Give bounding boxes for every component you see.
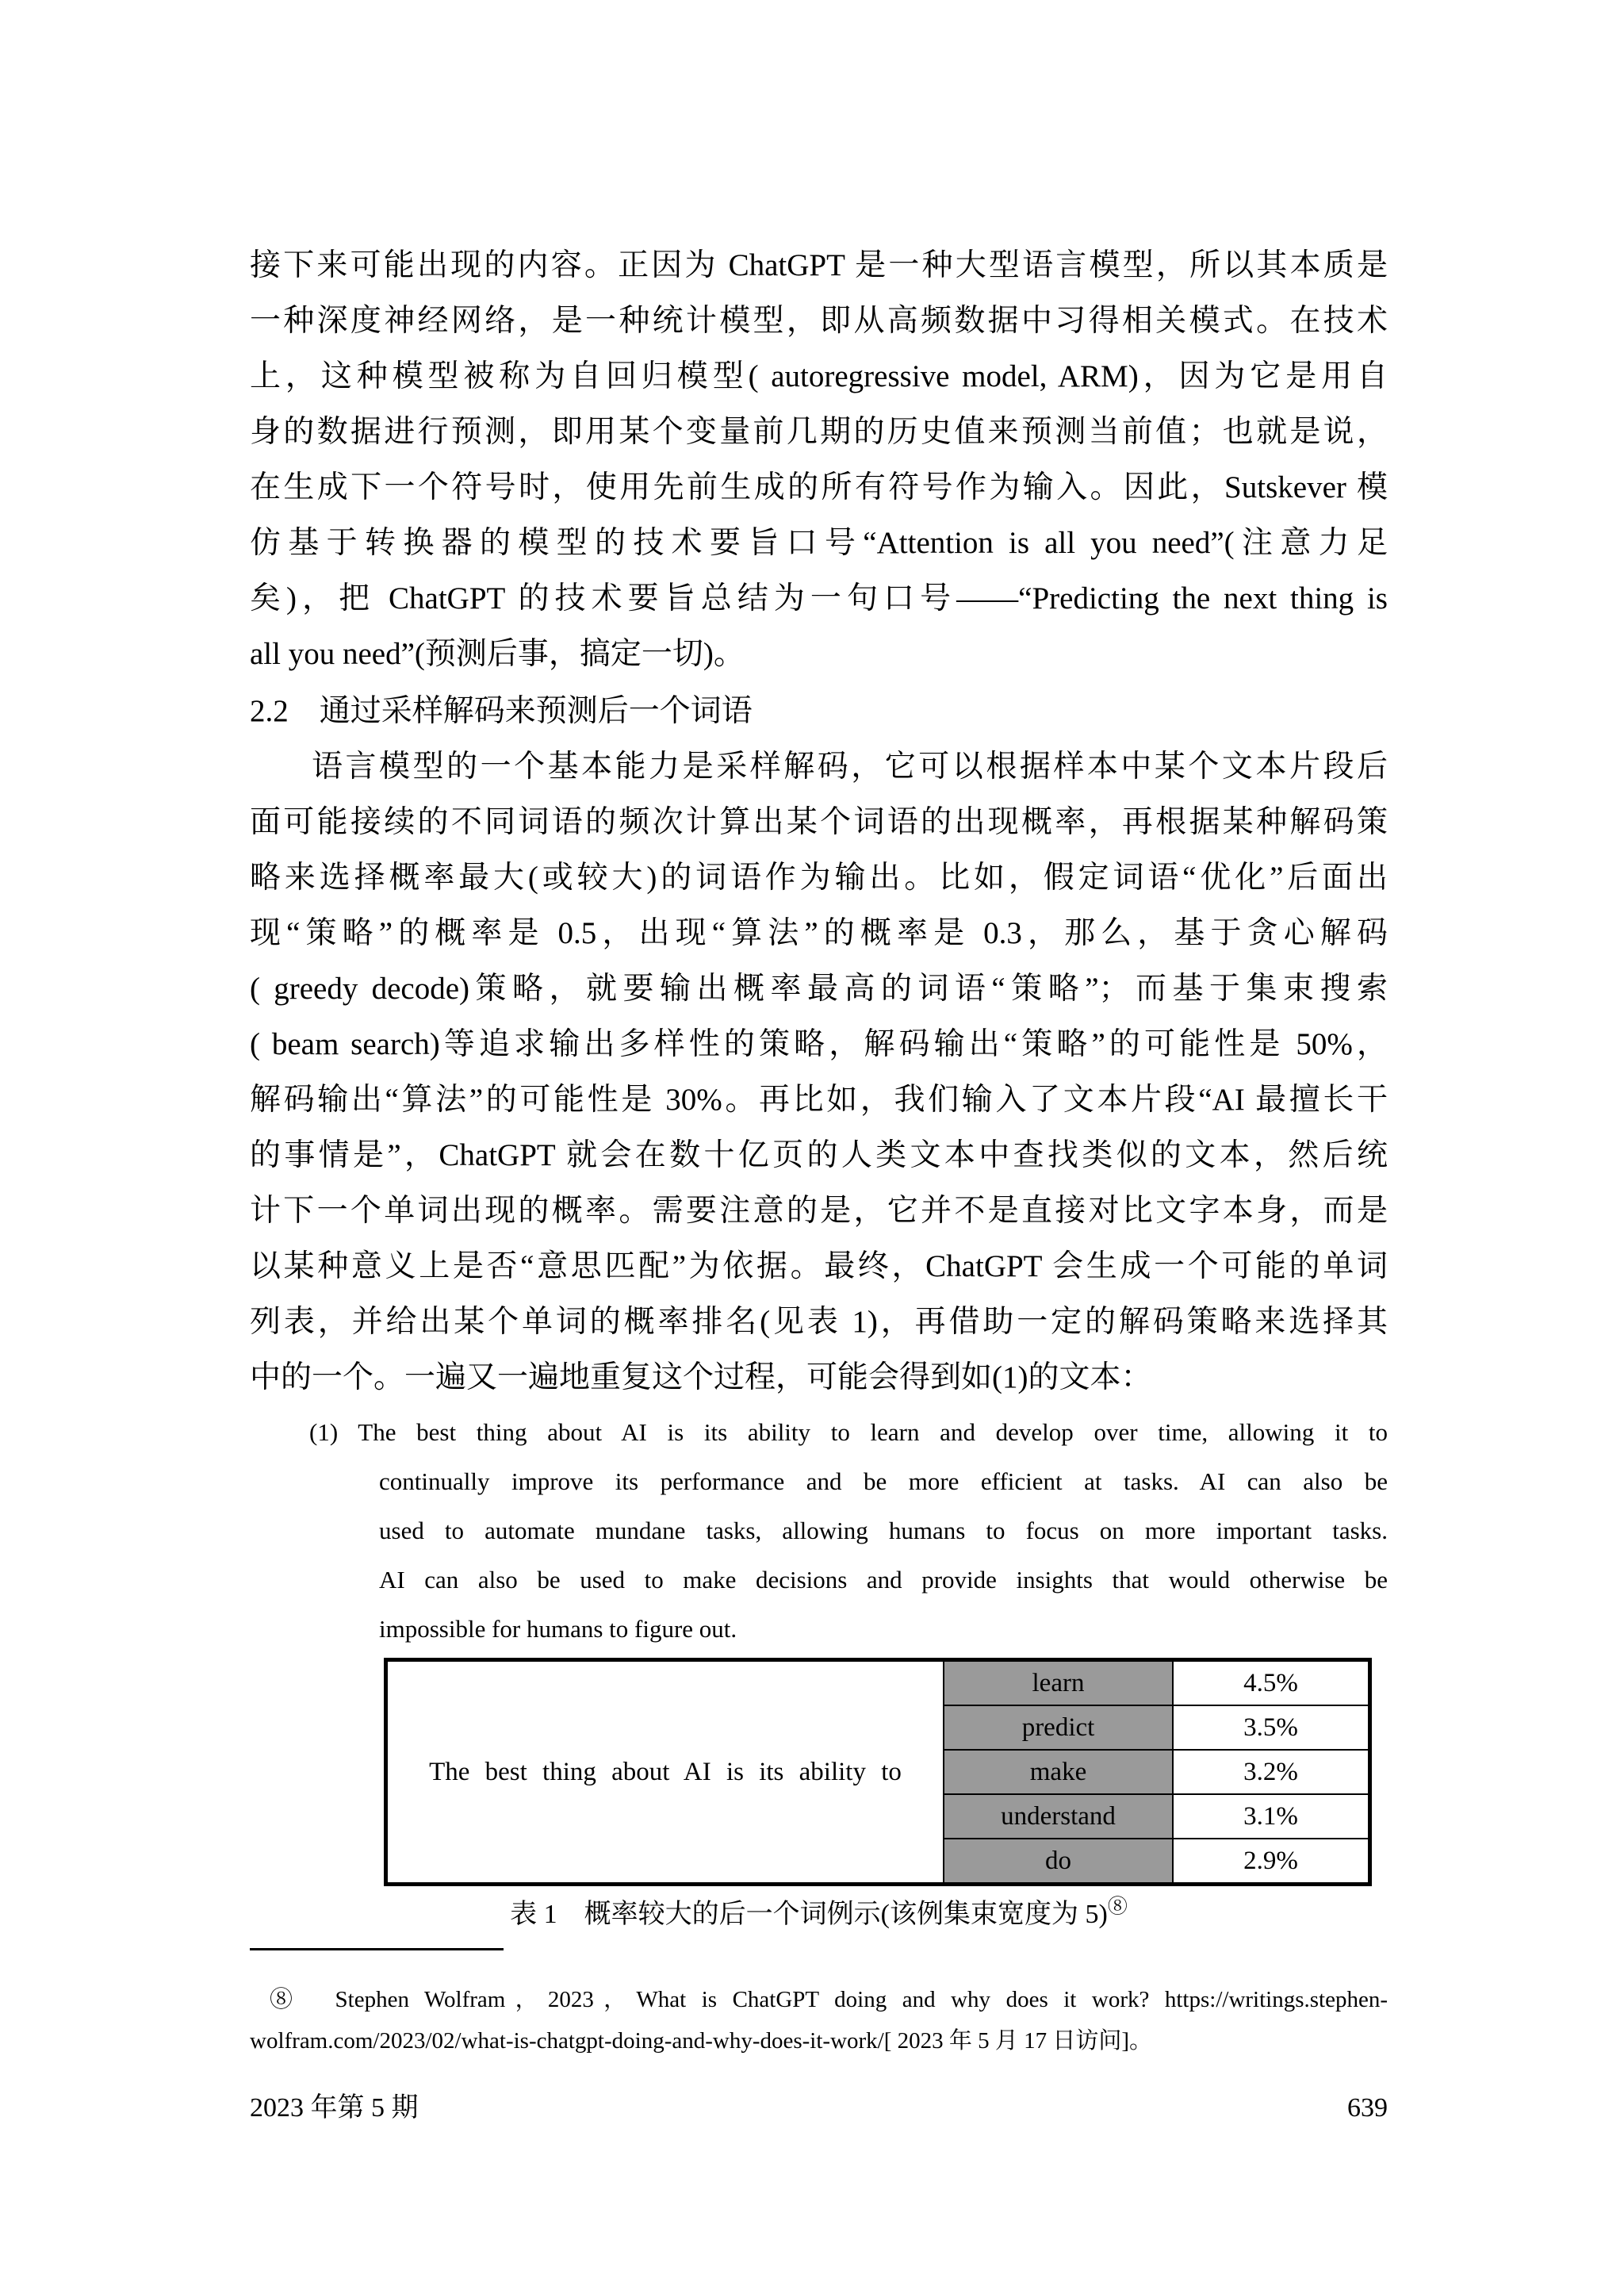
body-text-line: 列表，并给出某个单词的概率排名(见表 1)，再借助一定的解码策略来选择其 (250, 1294, 1388, 1350)
footnote-line: ⑧ Stephen Wolfram，2023，What is ChatGPT d… (250, 1979, 1388, 2020)
body-text-line: 现“策略”的概率是 0.5，出现“算法”的概率是 0.3，那么，基于贪心解码 (250, 906, 1388, 961)
table-word-cell: learn (944, 1660, 1173, 1706)
quote-line: continually improve its performance and … (309, 1457, 1388, 1506)
page-footer: 2023 年第 5 期 639 (250, 2091, 1388, 2126)
body-text-line: 语言模型的一个基本能力是采样解码，它可以根据样本中某个文本片段后 (250, 739, 1388, 795)
body-text-line: 一种深度神经网络，是一种统计模型，即从高频数据中习得相关模式。在技术 (250, 293, 1388, 349)
body-text-line: ( beam search)等追求输出多样性的策略，解码输出“策略”的可能性是 … (250, 1017, 1388, 1072)
body-text-line: 中的一个。一遍又一遍地重复这个过程，可能会得到如(1)的文本： (250, 1350, 1388, 1406)
table-prob-cell: 4.5% (1173, 1660, 1370, 1706)
body-text-line: 以某种意义上是否“意思匹配”为依据。最终，ChatGPT 会生成一个可能的单词 (250, 1239, 1388, 1294)
body-text-line: 身的数据进行预测，即用某个变量前几期的历史值来预测当前值；也就是说， (250, 405, 1388, 460)
page-number: 639 (1347, 2091, 1388, 2126)
footnote: ⑧ Stephen Wolfram，2023，What is ChatGPT d… (250, 1979, 1388, 2061)
issue-label: 2023 年第 5 期 (250, 2091, 419, 2126)
paragraph-sampling-decode: 语言模型的一个基本能力是采样解码，它可以根据样本中某个文本片段后 面可能接续的不… (250, 739, 1388, 1406)
body-text-line: 略来选择概率最大(或较大)的词语作为输出。比如，假定词语“优化”后面出 (250, 850, 1388, 906)
paragraph-continued: 接下来可能出现的内容。正因为 ChatGPT 是一种大型语言模型，所以其本质是 … (250, 238, 1388, 682)
probability-table: The best thing about AI is its ability t… (384, 1658, 1372, 1886)
body-text-line: 解码输出“算法”的可能性是 30%。再比如，我们输入了文本片段“AI 最擅长干 (250, 1072, 1388, 1128)
body-text-line: 在生成下一个符号时，使用先前生成的所有符号作为输入。因此，Sutskever 模 (250, 460, 1388, 516)
footnote-reference-mark: ⑧ (1108, 1897, 1128, 1918)
table-prob-cell: 3.5% (1173, 1705, 1370, 1750)
table-caption-text: 概率较大的后一个词例示(该例集束宽度为 5) (584, 1900, 1108, 1929)
table-word-cell: understand (944, 1794, 1173, 1839)
table-caption-label: 表 1 (510, 1900, 557, 1929)
quote-line: impossible for humans to figure out. (309, 1605, 1388, 1654)
body-text-line: 面可能接续的不同词语的频次计算出某个词语的出现概率，再根据某种解码策 (250, 795, 1388, 850)
table-row: The best thing about AI is its ability t… (386, 1660, 1370, 1706)
body-text-line: 矣)，把 ChatGPT 的技术要旨总结为一句口号——“Predicting t… (250, 571, 1388, 627)
table-stem-cell: The best thing about AI is its ability t… (386, 1660, 944, 1885)
table-word-cell: predict (944, 1705, 1173, 1750)
quote-line: used to automate mundane tasks, allowing… (309, 1506, 1388, 1555)
example-1-quote: (1) The best thing about AI is its abili… (309, 1408, 1388, 1654)
quote-line: AI can also be used to make decisions an… (309, 1555, 1388, 1605)
body-text-line: 上，这种模型被称为自回归模型( autoregressive model, AR… (250, 349, 1388, 405)
table-prob-cell: 3.1% (1173, 1794, 1370, 1839)
footnote-line: wolfram.com/2023/02/what-is-chatgpt-doin… (250, 2020, 1388, 2061)
table-prob-cell: 3.2% (1173, 1750, 1370, 1794)
body-text-line: 仿基于转换器的模型的技术要旨口号“Attention is all you ne… (250, 516, 1388, 571)
body-text-line: 接下来可能出现的内容。正因为 ChatGPT 是一种大型语言模型，所以其本质是 (250, 238, 1388, 293)
table-1-wrapper: The best thing about AI is its ability t… (250, 1658, 1388, 1886)
table-prob-cell: 2.9% (1173, 1839, 1370, 1885)
footnote-divider (250, 1948, 504, 1950)
table-word-cell: do (944, 1839, 1173, 1885)
body-text-line: 的事情是”，ChatGPT 就会在数十亿页的人类文本中查找类似的文本，然后统 (250, 1128, 1388, 1183)
body-text-line: 计下一个单词出现的概率。需要注意的是，它并不是直接对比文字本身，而是 (250, 1183, 1388, 1239)
body-text-line: all you need”(预测后事，搞定一切)。 (250, 627, 1388, 682)
table-caption: 表 1概率较大的后一个词例示(该例集束宽度为 5)⑧ (250, 1897, 1388, 1932)
section-heading: 2.2 通过采样解码来预测后一个词语 (250, 684, 1388, 739)
table-word-cell: make (944, 1750, 1173, 1794)
quote-line: (1) The best thing about AI is its abili… (309, 1408, 1388, 1457)
body-text-line: ( greedy decode)策略，就要输出概率最高的词语“策略”；而基于集束… (250, 961, 1388, 1017)
